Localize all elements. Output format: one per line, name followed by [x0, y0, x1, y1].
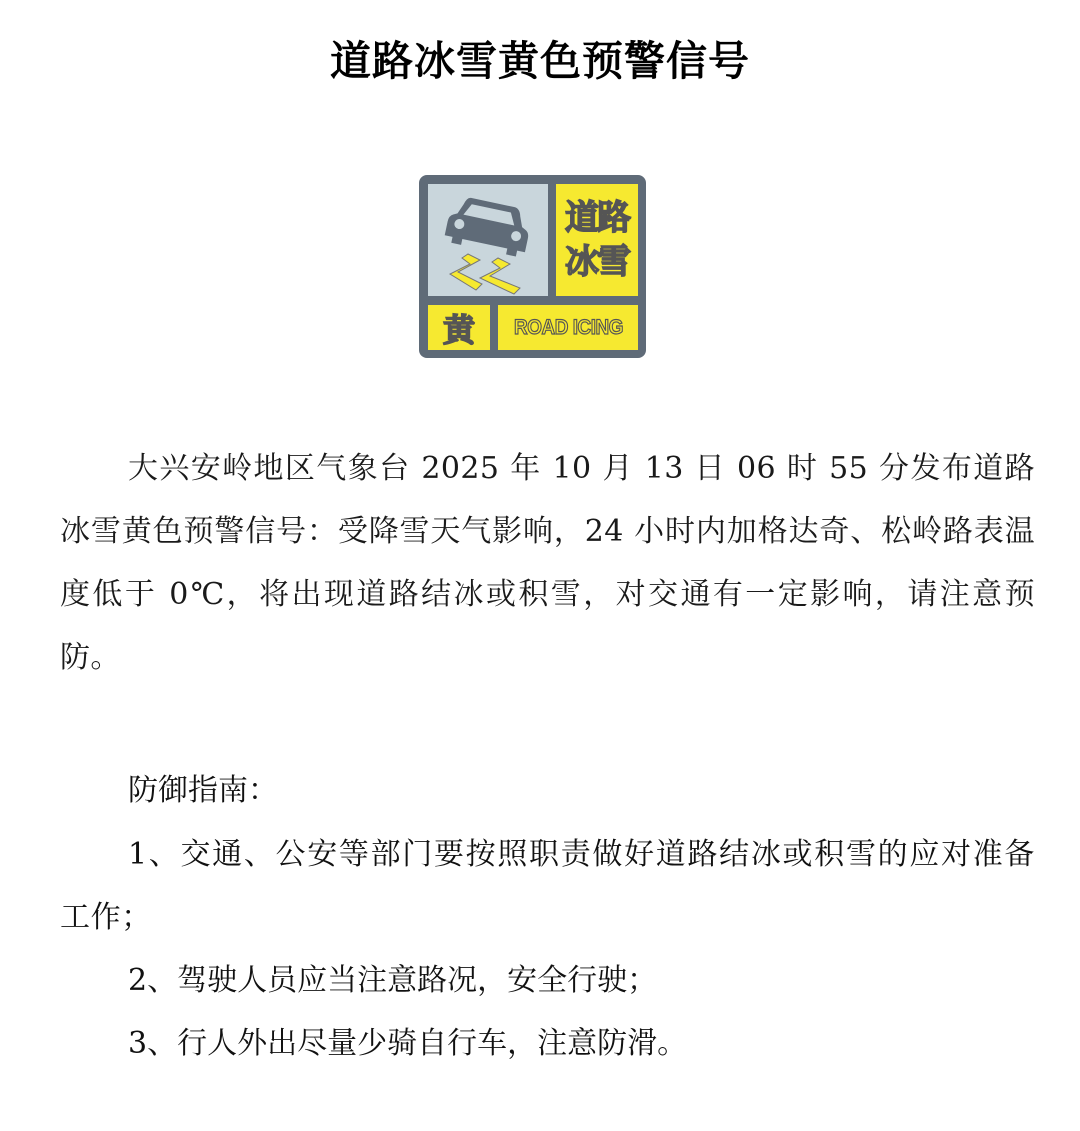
warning-paragraph: 大兴安岭地区气象台 2025 年 10 月 13 日 06 时 55 分发布道路… [60, 437, 1035, 689]
page-title: 道路冰雪黄色预警信号 [0, 28, 1080, 87]
warning-level-panel: 黄 [428, 305, 490, 350]
car-panel [428, 184, 548, 296]
warning-level-label: 黄 [443, 305, 475, 351]
warning-name-line1: 道路 [565, 196, 629, 240]
road-icing-yellow-warning-badge: 道路 冰雪 黄 ROAD ICING [419, 175, 646, 358]
guide-item: 3、行人外出尽量少骑自行车，注意防滑。 [60, 1012, 1035, 1075]
warning-english-label: ROAD ICING [514, 316, 623, 340]
guide-heading: 防御指南： [128, 759, 278, 822]
skidding-car-icon [428, 184, 548, 296]
guide-item: 1、交通、公安等部门要按照职责做好道路结冰或积雪的应对准备工作； [60, 823, 1035, 949]
warning-name-line2: 冰雪 [565, 240, 629, 284]
warning-english-panel: ROAD ICING [498, 305, 638, 350]
guide-item: 2、驾驶人员应当注意路况，安全行驶； [60, 949, 1035, 1012]
warning-name-panel: 道路 冰雪 [556, 184, 638, 296]
